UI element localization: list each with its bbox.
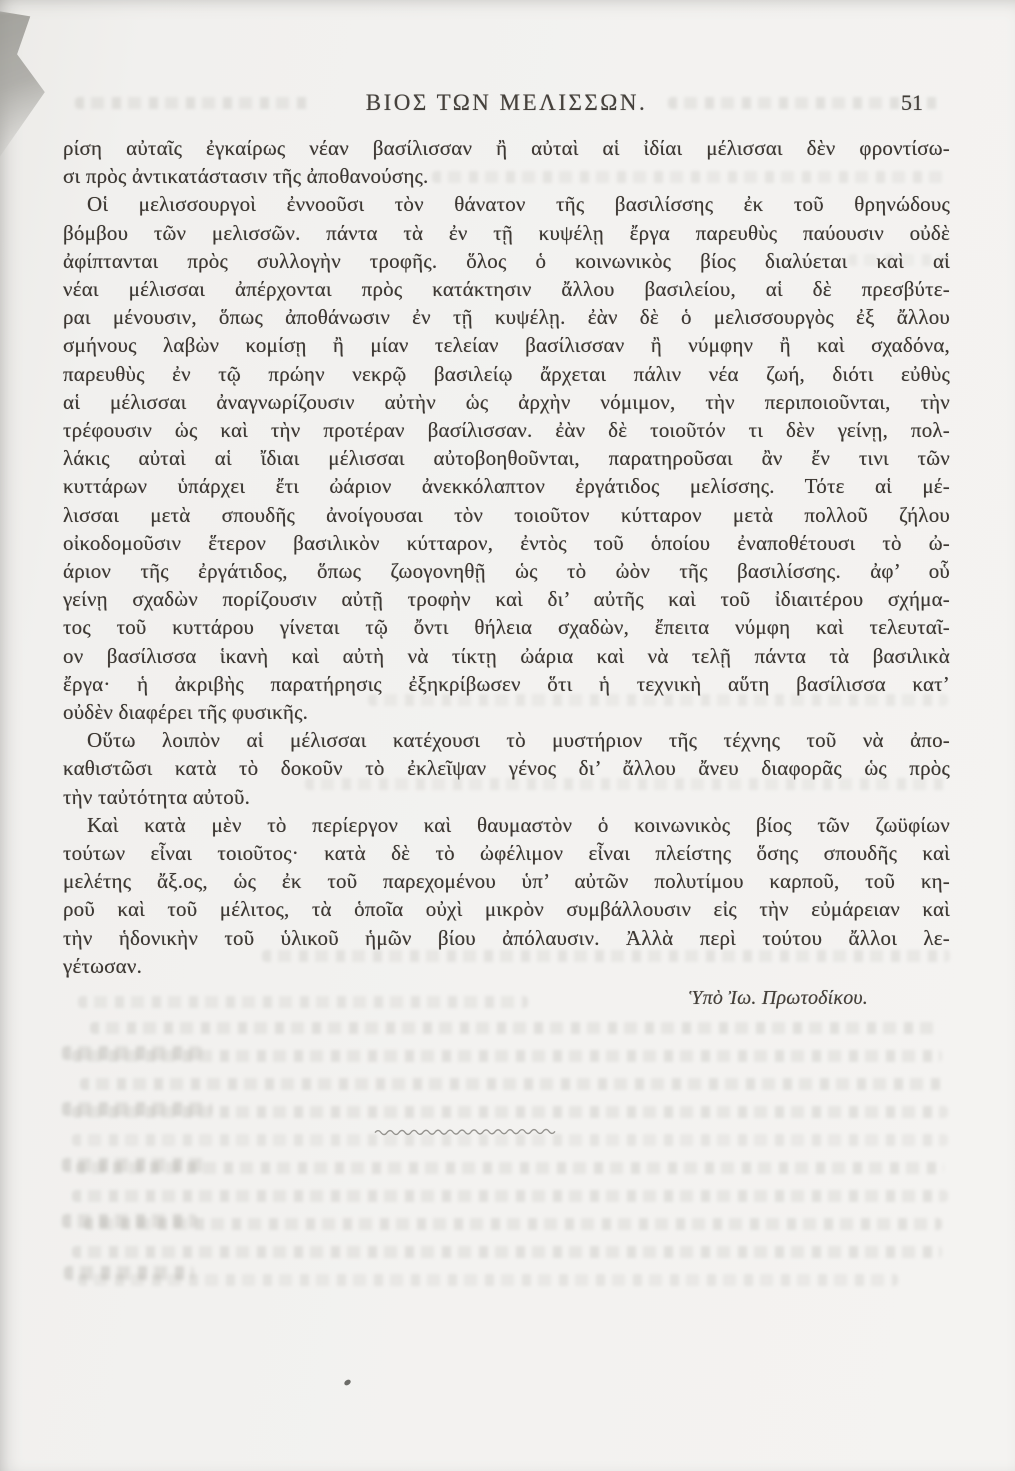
text-line: τος τοῦ κυττάρου γίνεται τῷ ὄντι θήλεια … xyxy=(63,613,950,641)
paragraph: ρίση αὐταῖς ἐγκαίρως νέαν βασίλισσαν ἢ α… xyxy=(63,134,950,190)
text-line: γείνῃ σχαδὼν πορίζουσιν αὐτῇ τροφὴν καὶ … xyxy=(63,585,950,613)
text-line: ραι μένουσιν, ὅπως ἀποθάνωσιν ἐν τῇ κυψέ… xyxy=(63,303,950,331)
text-line: τούτων εἶναι τοιοῦτος· κατὰ δὲ τὸ ὠφέλιμ… xyxy=(63,839,950,867)
running-head-title: ΒΙΟΣ ΤΩΝ ΜΕΛΙΣΣΩΝ. xyxy=(63,88,950,118)
bleedthrough-artifact xyxy=(62,1046,202,1060)
page-body: ρίση αὐταῖς ἐγκαίρως νέαν βασίλισσαν ἢ α… xyxy=(63,134,950,1012)
text-line: κυττάρων ὑπάρχει ἔτι ὠάριον ἀνεκκόλαπτον… xyxy=(63,472,950,500)
text-line: λάκις αὐταὶ αἱ ἴδιαι μέλισσαι αὐτοβοηθοῦ… xyxy=(63,444,950,472)
text-line: καθιστῶσι κατὰ τὸ δοκοῦν τὸ ἐκλεῖψαν γέν… xyxy=(63,754,950,782)
bleedthrough-artifact xyxy=(72,1106,948,1118)
text-line: Οὕτω λοιπὸν αἱ μέλισσαι κατέχουσι τὸ μυσ… xyxy=(63,726,950,754)
bleedthrough-artifact xyxy=(84,1218,942,1230)
text-line: μελέτης ἄξ.ος, ὡς ἐκ τοῦ παρεχομένου ὑπ’… xyxy=(63,867,950,895)
bleedthrough-artifact xyxy=(62,1158,207,1172)
text-line: ἀφίπτανται πρὸς συλλογὴν τροφῆς. ὅλος ὁ … xyxy=(63,247,950,275)
bleedthrough-artifact xyxy=(72,1050,942,1062)
text-line: τρέφουσιν ὡς καὶ τὴν προτέραν βασίλισσαν… xyxy=(63,416,950,444)
ink-speck-artifact xyxy=(343,1378,352,1386)
text-line: οὐδὲν διαφέρει τῆς φυσικῆς. xyxy=(63,698,950,726)
bleedthrough-artifact xyxy=(62,1102,212,1116)
text-line: σι πρὸς ἀντικατάστασιν τῆς ἀποθανούσης. xyxy=(63,162,950,190)
bleedthrough-artifact xyxy=(90,1022,940,1034)
bleedthrough-artifact xyxy=(72,1134,948,1146)
text-line: ἔργα· ἡ ἀκριβὴς παρατήρησις ἐξηκρίβωσεν … xyxy=(63,670,950,698)
text-line: Οἱ μελισσουργοὶ ἐννοοῦσι τὸν θάνατον τῆς… xyxy=(63,190,950,218)
paragraph: Οὕτω λοιπὸν αἱ μέλισσαι κατέχουσι τὸ μυσ… xyxy=(63,726,950,811)
text-line: σμήνους λαβὼν κομίσῃ ἢ μίαν τελείαν βασί… xyxy=(63,331,950,359)
author-signature: Ὑπὸ Ἰω. Πρωτοδίκου. xyxy=(63,984,950,1012)
scanned-book-page: ΒΙΟΣ ΤΩΝ ΜΕΛΙΣΣΩΝ. 51 ρίση αὐταῖς ἐγκαίρ… xyxy=(0,0,1015,1471)
paragraph: Καὶ κατὰ μὲν τὸ περίεργον καὶ θαυμαστὸν … xyxy=(63,811,950,980)
text-line: Καὶ κατὰ μὲν τὸ περίεργον καὶ θαυμαστὸν … xyxy=(63,811,950,839)
bleedthrough-artifact xyxy=(62,1214,197,1228)
text-line: βόμβου τῶν μελισσῶν. πάντα τὰ ἐν τῇ κυψέ… xyxy=(63,219,950,247)
text-line: γέτωσαν. xyxy=(63,952,950,980)
text-line: ροῦ καὶ τοῦ μέλιτος, τὰ ὁποῖα οὐχὶ μικρὸ… xyxy=(63,895,950,923)
paragraph: Οἱ μελισσουργοὶ ἐννοοῦσι τὸν θάνατον τῆς… xyxy=(63,190,950,726)
page-number: 51 xyxy=(901,88,923,118)
text-line: τὴν ἡδονικὴν τοῦ ὑλικοῦ ἡμῶν βίου ἀπόλαυ… xyxy=(63,924,950,952)
bleedthrough-artifact xyxy=(78,1274,898,1286)
bleedthrough-artifact xyxy=(72,1190,948,1202)
bleedthrough-artifact xyxy=(76,1162,944,1174)
bleedthrough-artifact xyxy=(64,1266,194,1280)
section-divider xyxy=(374,1126,562,1136)
bleedthrough-artifact xyxy=(72,1246,942,1258)
text-line: ον βασίλισσα ἱκανὴ καὶ αὐτὴ νὰ τίκτῃ ὠάρ… xyxy=(63,642,950,670)
scan-shadow-artifact xyxy=(0,10,58,168)
text-line: τὴν ταὐτότητα αὐτοῦ. xyxy=(63,783,950,811)
text-line: λισσαι μετὰ σπουδῆς ἀνοίγουσαι τὸν τοιοῦ… xyxy=(63,501,950,529)
text-line: οἰκοδομοῦσιν ἕτερον βασιλικὸν κύτταρον, … xyxy=(63,529,950,557)
bleedthrough-artifact xyxy=(80,1078,942,1090)
text-line: ρίση αὐταῖς ἐγκαίρως νέαν βασίλισσαν ἢ α… xyxy=(63,134,950,162)
text-line: νέαι μέλισσαι ἀπέρχονται πρὸς κατάκτησιν… xyxy=(63,275,950,303)
text-line: παρευθὺς ἐν τῷ πρώην νεκρῷ βασιλείῳ ἄρχε… xyxy=(63,360,950,388)
text-line: άριον τῆς ἐργάτιδος, ὅπως ζωογονηθῇ ὡς τ… xyxy=(63,557,950,585)
text-line: αἱ μέλισσαι ἀναγνωρίζουσιν αὐτὴν ὡς ἀρχὴ… xyxy=(63,388,950,416)
